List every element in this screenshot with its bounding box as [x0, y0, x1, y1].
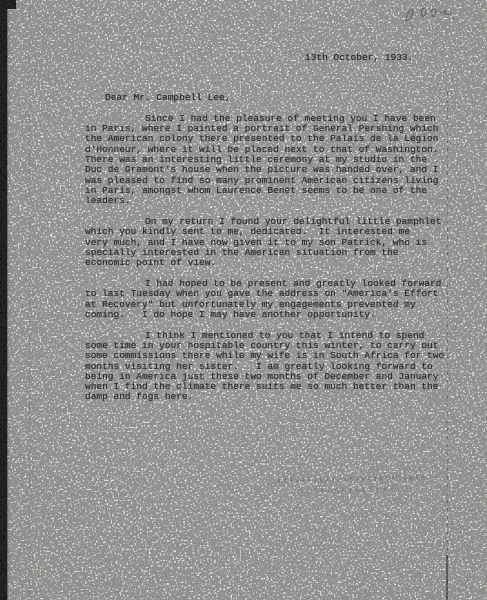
paragraph: Since I had the pleasure of meeting you … [85, 114, 450, 207]
paragraph: On my return I found your delightful lit… [85, 217, 450, 268]
letter-line: some commissions there while my wife is … [85, 351, 450, 361]
scan-corner-notch [0, 0, 16, 9]
letter-line: to last Tuesday when you gave the addres… [85, 289, 450, 299]
handwritten-annotation [398, 1, 468, 33]
letter-line: economic point of view. [85, 258, 450, 268]
letter-body-block: Dear Mr. Campbell Lee, Since I had the p… [85, 93, 450, 403]
letter-line: coming. I do hope I may have another opp… [85, 310, 450, 320]
paragraph: I had hoped to be present and greatly lo… [85, 279, 450, 320]
letter-date: 13th October, 1933. [305, 52, 413, 63]
pencil-scribble [300, 487, 396, 492]
paragraph: I think I mentioned to you that I intend… [85, 331, 450, 403]
letter-body: Since I had the pleasure of meeting you … [85, 114, 450, 403]
salutation: Dear Mr. Campbell Lee, [85, 93, 450, 103]
scan-edge-bar [0, 0, 7, 600]
scan-crease-line-dark [446, 555, 448, 600]
fold-line [29, 0, 30, 600]
letter-scan-page: 13th October, 1933. Dear Mr. Campbell Le… [0, 0, 487, 600]
letter-line: leaders. [85, 196, 450, 206]
letter-line: damp and fogs here. [85, 392, 450, 402]
pencil-scribble [278, 475, 426, 482]
letter-line: in Paris, amongst whom Laurence Benét se… [85, 186, 450, 196]
